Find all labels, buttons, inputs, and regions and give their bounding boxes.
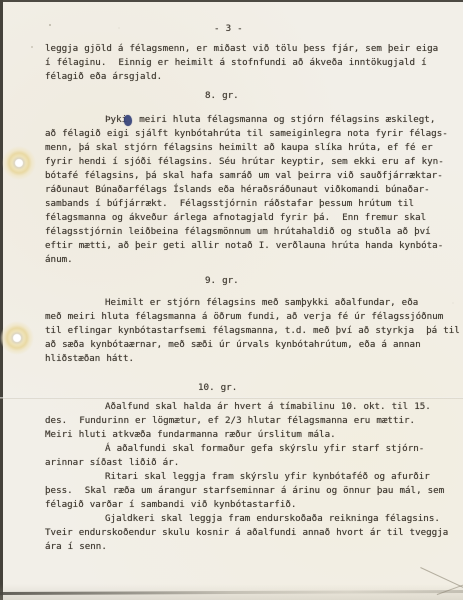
scanned-document-page: - 3 - leggja gjöld á félagsmenn, er miða… xyxy=(0,0,463,600)
text-line: Þyki meiri hluta félagsmanna og stjórn f… xyxy=(45,113,448,127)
text-line: Meiri hluti atkvæða fundarmanna ræður úr… xyxy=(45,428,448,442)
text-line: Á aðalfundi skal formaður gefa skýrslu y… xyxy=(45,442,448,456)
text-line: félagsstjórnin leiðbeina félagsmönnum um… xyxy=(45,225,448,239)
text-line: til eflingar kynbótastarfsemi félagsmann… xyxy=(45,324,460,338)
text-line: félagsmanna og ákveður árlega afnotagjal… xyxy=(45,211,448,225)
section-heading-10: 10. gr. xyxy=(198,381,237,395)
section-heading-9: 9. gr. xyxy=(205,274,239,288)
text-line: bótafé félagsins, þá skal hafa samráð um… xyxy=(45,169,448,183)
text-line: sambands í búfjárrækt. Félagsstjórnin rá… xyxy=(45,197,448,211)
scan-edge-top xyxy=(0,0,463,2)
text-line: að félagið eigi sjálft kynbótahrúta til … xyxy=(45,127,448,141)
fold-crease-line xyxy=(0,397,463,399)
ink-blot-correction xyxy=(124,115,132,126)
paragraph-section-10: Aðalfund skal halda ár hvert á tímabilin… xyxy=(45,400,448,554)
text-line: félagið varðar í sambandi við kynbótasta… xyxy=(45,498,448,512)
text-line: arinnar síðast liðið ár. xyxy=(45,456,448,470)
text-line: ráðunaut Búnaðarfélags Íslands eða hérað… xyxy=(45,183,448,197)
text-line: ánum. xyxy=(45,253,448,267)
text-line: menn, þá skal stjórn félagsins heimilt a… xyxy=(45,141,448,155)
text-line: leggja gjöld á félagsmenn, er miðast við… xyxy=(45,42,438,56)
text-line: hliðstæðan hátt. xyxy=(45,352,460,366)
section-heading-8: 8. gr. xyxy=(205,89,239,103)
text-line: Aðalfund skal halda ár hvert á tímabilin… xyxy=(45,400,448,414)
text-line: eftir mætti, að þeir geti allir notað I.… xyxy=(45,239,448,253)
text-line: að sæða kynbótaærnar, með sæði úr úrvals… xyxy=(45,338,460,352)
text-line: Heimilt er stjórn félagsins með samþykki… xyxy=(45,296,460,310)
paper-specks xyxy=(0,0,2,2)
text-line: félagið eða ársgjald. xyxy=(45,70,438,84)
paragraph-section-9: Heimilt er stjórn félagsins með samþykki… xyxy=(45,296,460,366)
paragraph-intro: leggja gjöld á félagsmenn, er miðast við… xyxy=(45,42,438,84)
scan-edge-left xyxy=(0,0,3,600)
page-number: - 3 - xyxy=(214,22,243,36)
text-line: með meiri hluta félagsmanna á öðrum fund… xyxy=(45,310,460,324)
text-line: í félaginu. Einnig er heimilt á stofnfun… xyxy=(45,56,438,70)
text-line: þess. Skal ræða um árangur starfseminnar… xyxy=(45,484,448,498)
text-line: des. Fundurinn er lögmætur, ef 2/3 hluta… xyxy=(45,414,448,428)
text-line: Ritari skal leggja fram skýrslu yfir kyn… xyxy=(45,470,448,484)
text-line: fyrir hendi í sjóði félagsins. Séu hrúta… xyxy=(45,155,448,169)
paragraph-section-8: Þyki meiri hluta félagsmanna og stjórn f… xyxy=(45,113,448,267)
text-line: ára í senn. xyxy=(45,540,448,554)
text-line: Gjaldkeri skal leggja fram endurskoðaða … xyxy=(45,512,448,526)
punch-hole-bottom xyxy=(0,320,35,356)
punch-hole-top xyxy=(1,145,37,181)
text-line: Tveir endurskoðendur skulu kosnir á aðal… xyxy=(45,526,448,540)
